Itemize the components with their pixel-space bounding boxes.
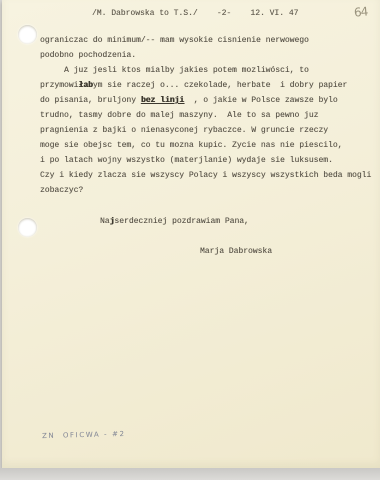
underlined-segment: bez linji	[141, 96, 184, 105]
body-line: ograniczac do minimum/-- mam wysokie cis…	[40, 36, 309, 45]
header-citation: /M. Dabrowska to T.S./ -2- 12. VI. 47	[92, 9, 298, 18]
scanned-letter: /M. Dabrowska to T.S./ -2- 12. VI. 47 64…	[0, 0, 380, 480]
page-number-handwritten: 64	[353, 4, 367, 19]
body-line-segment: przymowi	[40, 81, 78, 90]
closing-segment: serdeczniej pozdrawiam Pana,	[114, 217, 248, 226]
overstruck-segment: łab	[78, 81, 92, 90]
body-line: zobaczyc?	[40, 186, 83, 195]
body-line: A juz jesli ktos mialby jakies potem moz…	[64, 66, 309, 75]
body-line-segment: ym sie raczej o... czekolade, herbate i …	[93, 81, 347, 90]
punch-hole-top	[18, 25, 37, 44]
body-line: moge sie obejsc tem, co tu mozna kupic. …	[40, 141, 342, 150]
signature: Marja Dabrowska	[200, 247, 272, 256]
body-line-segment: do pisania, bruljony	[40, 96, 141, 105]
body-line: pragnienia z bajki o nienasyconej rybacz…	[40, 126, 328, 135]
body-line: przymowiłabym sie raczej o... czekolade,…	[40, 81, 347, 90]
punch-hole-middle	[18, 218, 37, 237]
paper-sheet: /M. Dabrowska to T.S./ -2- 12. VI. 47 64…	[2, 0, 380, 468]
body-line: trudno, tasmy dobre do malej maszyny. Al…	[40, 111, 318, 120]
body-line: do pisania, bruljony bez linji , o jakie…	[40, 96, 338, 105]
body-line: Czy i kiedy zlacza sie wszyscy Polacy i …	[40, 171, 371, 180]
body-line-segment: , o jakie w Polsce zawsze bylo	[184, 96, 338, 105]
body-line: podobno pochodzenia.	[40, 51, 136, 60]
scanner-background-strip	[0, 468, 380, 480]
closing-salutation: Najserdeczniej pozdrawiam Pana,	[100, 217, 249, 226]
closing-segment: Na	[100, 217, 110, 226]
body-line: i po latach wojny wszystko (materjlanie)…	[40, 156, 333, 165]
archival-annotation-handwritten: ZN OFICWA - #2	[42, 430, 126, 440]
